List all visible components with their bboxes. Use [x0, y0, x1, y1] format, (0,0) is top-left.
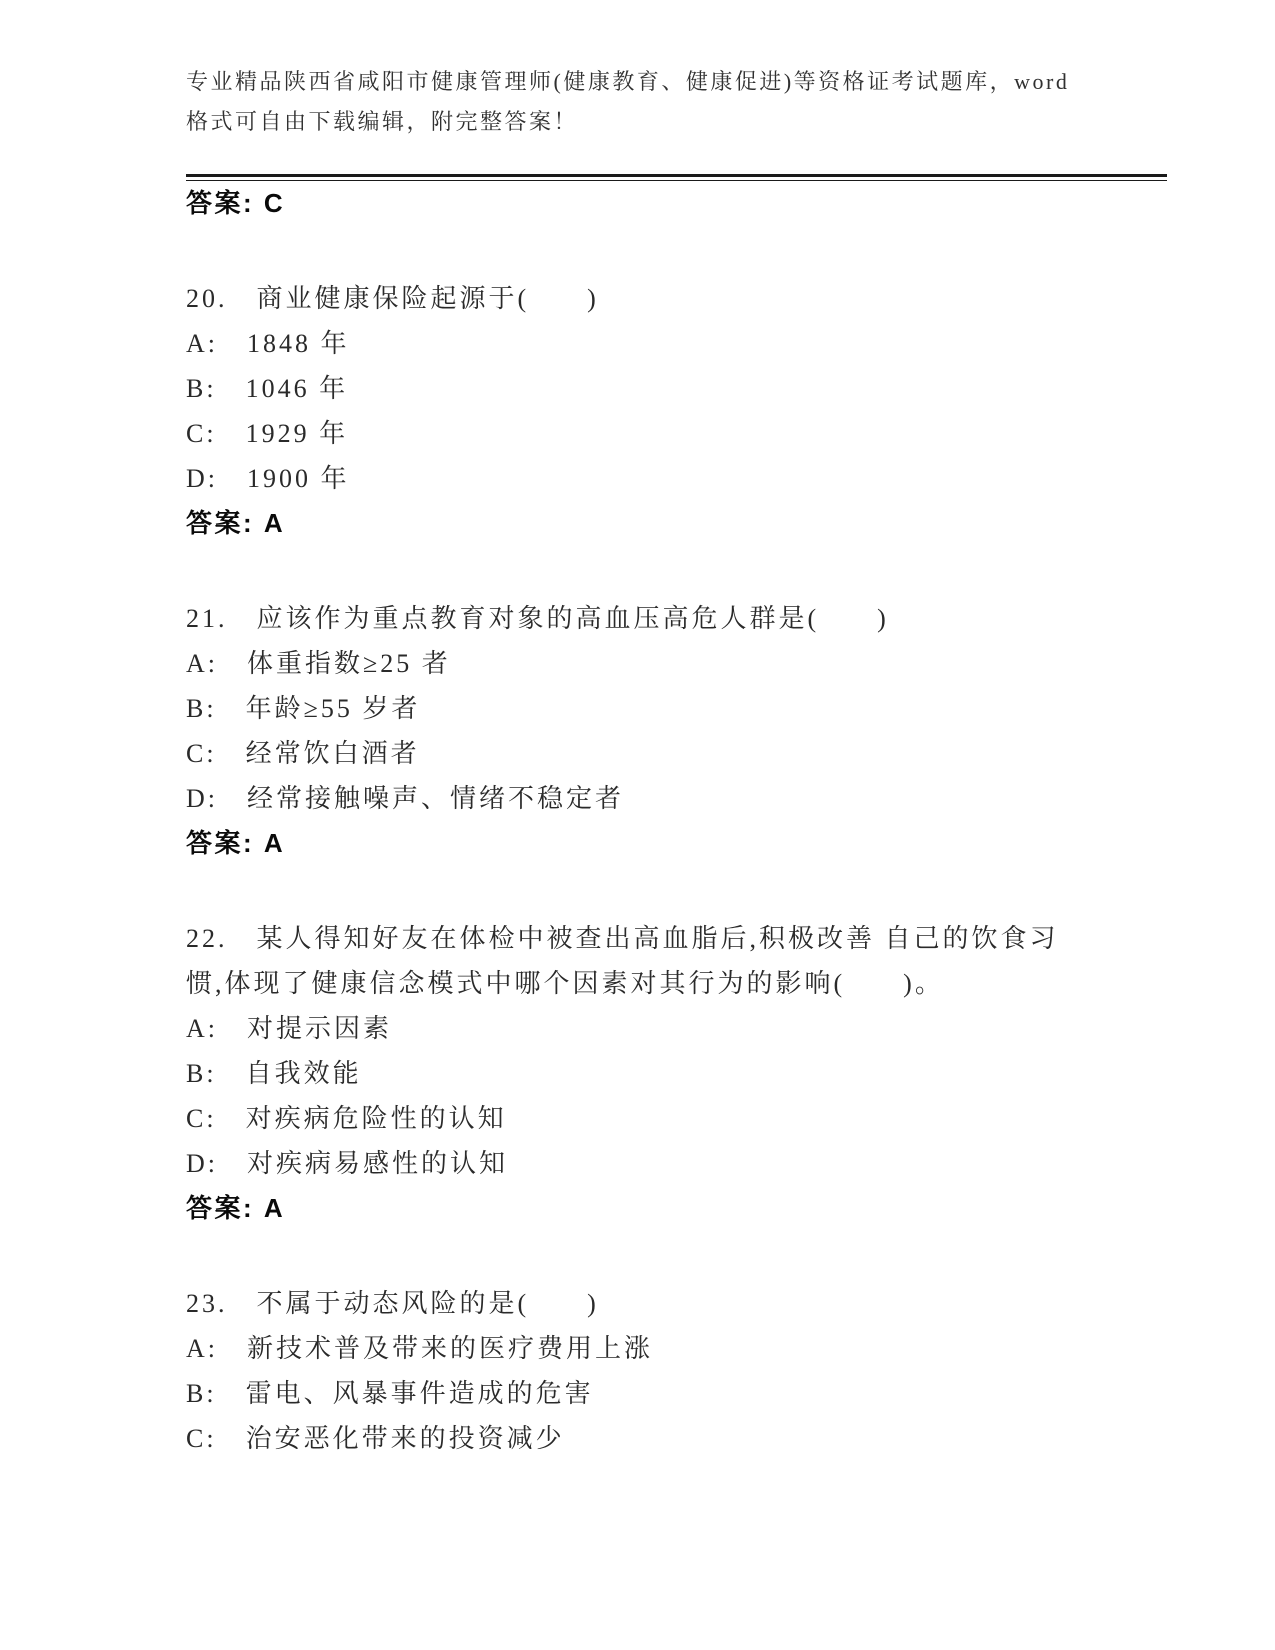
option-c: C: 对疾病危险性的认知	[186, 1096, 1167, 1141]
document-page: 专业精品陕西省咸阳市健康管理师(健康教育、健康促进)等资格证考试题库，word …	[0, 0, 1275, 1650]
header-text-line-2: 格式可自由下载编辑，附完整答案！	[186, 102, 1167, 142]
option-d: D: 对疾病易感性的认知	[186, 1141, 1167, 1186]
answer-line-q22: 答案: A	[186, 1186, 1167, 1231]
header-text-line-1: 专业精品陕西省咸阳市健康管理师(健康教育、健康促进)等资格证考试题库，word	[186, 62, 1167, 102]
option-b: B: 雷电、风暴事件造成的危害	[186, 1371, 1167, 1416]
question-block-22: 22. 某人得知好友在体检中被查出高血脂后,积极改善 自己的饮食习 惯,体现了健…	[186, 916, 1167, 1231]
answer-line-q21: 答案: A	[186, 821, 1167, 866]
option-a: A: 对提示因素	[186, 1006, 1167, 1051]
answer-line-q19: 答案: C	[186, 181, 1167, 226]
option-b: B: 自我效能	[186, 1051, 1167, 1096]
option-a: A: 体重指数≥25 者	[186, 641, 1167, 686]
question-stem: 23. 不属于动态风险的是( )	[186, 1281, 1167, 1326]
header-divider-double-line	[186, 174, 1167, 181]
option-a: A: 新技术普及带来的医疗费用上涨	[186, 1326, 1167, 1371]
question-stem-line-2: 惯,体现了健康信念模式中哪个因素对其行为的影响( )。	[186, 961, 1167, 1006]
option-b: B: 1046 年	[186, 366, 1167, 411]
option-a: A: 1848 年	[186, 321, 1167, 366]
option-b: B: 年龄≥55 岁者	[186, 686, 1167, 731]
document-header: 专业精品陕西省咸阳市健康管理师(健康教育、健康促进)等资格证考试题库，word …	[186, 62, 1167, 142]
option-c: C: 经常饮白酒者	[186, 731, 1167, 776]
question-block-21: 21. 应该作为重点教育对象的高血压高危人群是( ) A: 体重指数≥25 者 …	[186, 596, 1167, 866]
question-stem-line-1: 22. 某人得知好友在体检中被查出高血脂后,积极改善 自己的饮食习	[186, 916, 1167, 961]
question-stem: 21. 应该作为重点教育对象的高血压高危人群是( )	[186, 596, 1167, 641]
question-stem: 20. 商业健康保险起源于( )	[186, 276, 1167, 321]
option-d: D: 1900 年	[186, 456, 1167, 501]
question-block-20: 20. 商业健康保险起源于( ) A: 1848 年 B: 1046 年 C: …	[186, 276, 1167, 546]
question-block-23: 23. 不属于动态风险的是( ) A: 新技术普及带来的医疗费用上涨 B: 雷电…	[186, 1281, 1167, 1461]
option-c: C: 1929 年	[186, 411, 1167, 456]
option-c: C: 治安恶化带来的投资减少	[186, 1416, 1167, 1461]
answer-line-q20: 答案: A	[186, 501, 1167, 546]
option-d: D: 经常接触噪声、情绪不稳定者	[186, 776, 1167, 821]
document-body: 答案: C 20. 商业健康保险起源于( ) A: 1848 年 B: 1046…	[186, 181, 1167, 1461]
